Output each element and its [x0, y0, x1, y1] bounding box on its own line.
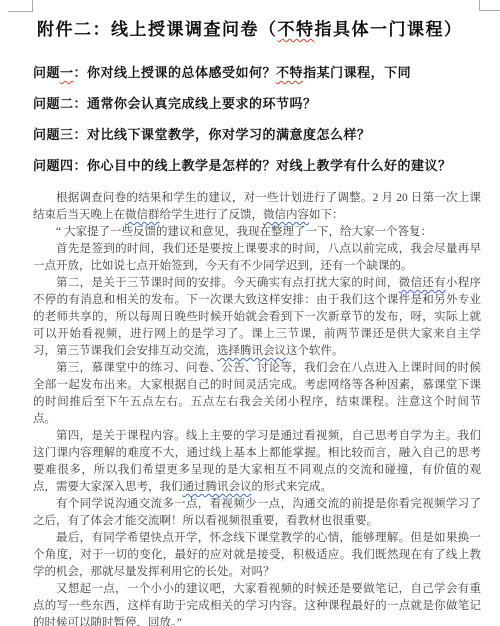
grammar-wavy-blue: 微信内容: [263, 209, 309, 221]
spellcheck-wavy-red: 不特: [276, 65, 303, 80]
body-text-run: 有个同学说沟通交流多一点，看视频少一点，沟通交流的前提是你看完视频学习了之后，有…: [33, 498, 481, 527]
body-text-run: 第二，是关于三节课时间的安排。今天确实有点打扰大家的时间，: [56, 277, 399, 289]
paragraph-9: 又想起一点，一个小小的建议吧，大家看视频的时候还是要做笔记，自己学会有重点的写一…: [33, 581, 481, 626]
paragraph-8: 最后，有同学希望快点开学，怀念线下课堂教学的心情，能够理解。但是如果换一个角度，…: [33, 530, 481, 581]
grammar-wavy-blue: 通过腾讯会议: [183, 481, 252, 493]
question-text-run: ：你对线上授课的总体感受如何？: [74, 65, 277, 80]
body-text-run: “ 大家提了一些反馈的建议和意见，我现在整理了一下，给大家一个答复：: [56, 226, 432, 238]
grammar-wavy-blue: 微信还有: [399, 277, 446, 289]
grammar-wavy-blue: 选择腾讯会议: [217, 345, 286, 357]
page-margin-mark-top-left: [8, 0, 33, 12]
spellcheck-wavy-red: 不特: [278, 20, 315, 39]
title-text-run: 附件二：线上授课调查问卷（: [37, 20, 278, 39]
letter-body: 根据调查问卷的结果和学生的建议，对一些计划进行了调整。2 月 20 日第一次上课…: [33, 190, 481, 626]
paragraph-2: “ 大家提了一些反馈的建议和意见，我现在整理了一下，给大家一个答复：: [33, 224, 481, 241]
question-text-run: 问题三：对比线下课堂教学，你对学习的满意度怎么样？: [33, 127, 371, 142]
question-text-run: 问题二：通常你会认真完成线上要求的环节吗？: [33, 96, 317, 111]
question-text-run: 问题: [33, 65, 60, 80]
body-text-run: 给学生进行了反馈，: [160, 209, 264, 221]
question-1: 问题一：你对线上授课的总体感受如何？不特指某门课程，下同: [33, 66, 481, 79]
paragraph-3: 首先是签到的时间，我们还是要按上课要求的时间，八点以前完成，我会尽量再早一点开放…: [33, 241, 481, 275]
question-text-run: 指某门课程，下同: [303, 65, 411, 80]
paragraph-7: 有个同学说沟通交流多一点，看视频少一点，沟通交流的前提是你看完视频学习了之后，有…: [33, 496, 481, 530]
paragraph-6: 第四，是关于课程内容。线上主要的学习是通过看视频，自己思考自学为主。我们这门课内…: [33, 428, 481, 496]
question-list: 问题一：你对线上授课的总体感受如何？不特指某门课程，下同 问题二：通常你会认真完…: [33, 66, 481, 172]
document-title: 附件二：线上授课调查问卷（不特指具体一门课程）: [37, 20, 481, 40]
question-3: 问题三：对比线下课堂教学，你对学习的满意度怎么样？: [33, 128, 481, 141]
question-4: 问题四：你心目中的线上教学是怎样的？对线上教学有什么好的建议？: [33, 159, 481, 172]
spellcheck-wavy-red: 一: [60, 65, 74, 80]
body-text-run: 如下：: [309, 209, 344, 221]
body-text-run: 最后，有同学希望快点开学，怀念线下课堂教学的心情，能够理解。但是如果换一个角度，…: [33, 532, 481, 578]
document-content: 附件二：线上授课调查问卷（不特指具体一门课程） 问题一：你对线上授课的总体感受如…: [33, 0, 481, 626]
paragraph-4: 第二，是关于三节课时间的安排。今天确实有点打扰大家的时间，微信还有小程序不停的有…: [33, 275, 481, 360]
question-2: 问题二：通常你会认真完成线上要求的环节吗？: [33, 97, 481, 110]
question-text-run: 问题四：你心目中的线上教学是怎样的？对线上教学有什么好的建议？: [33, 158, 452, 173]
page-margin-mark-top-right: [479, 0, 500, 11]
body-text-run: 这个软件。: [286, 345, 344, 357]
title-text-run: 指具体一门课程）: [315, 20, 463, 39]
body-text-run: 第三，慕课堂中的练习、问卷、公告、讨论等，我们会在八点进入上课时间的时候全部一起…: [33, 362, 481, 425]
paragraph-5: 第三，慕课堂中的练习、问卷、公告、讨论等，我们会在八点进入上课时间的时候全部一起…: [33, 360, 481, 428]
grammar-wavy-blue: 微信群: [125, 209, 160, 221]
paragraph-1: 根据调查问卷的结果和学生的建议，对一些计划进行了调整。2 月 20 日第一次上课…: [33, 190, 481, 224]
body-text-run: 的形式来完成。: [252, 481, 333, 493]
body-text-run: 首先是签到的时间，我们还是要按上课要求的时间，八点以前完成，我会尽量再早一点开放…: [33, 243, 481, 272]
body-text-run: 又想起一点，一个小小的建议吧，大家看视频的时候还是要做笔记，自己学会有重点的写一…: [33, 583, 481, 626]
